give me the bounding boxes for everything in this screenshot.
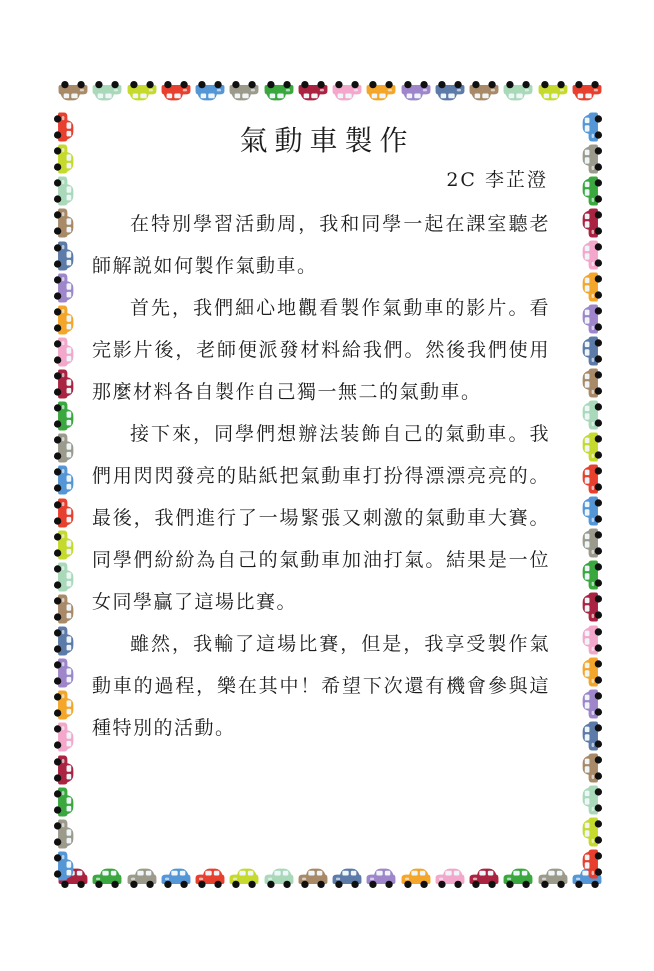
toy-car-icon — [51, 530, 77, 560]
toy-car-icon — [467, 78, 501, 104]
toy-car-icon — [570, 78, 604, 104]
toy-car-icon — [399, 78, 433, 104]
toy-car-icon — [159, 78, 193, 104]
toy-car-icon — [579, 753, 605, 783]
toy-car-icon — [51, 722, 77, 752]
toy-car-icon — [579, 721, 605, 751]
toy-car-icon — [227, 865, 261, 891]
toy-car-icon — [51, 819, 77, 849]
toy-car-icon — [193, 865, 227, 891]
toy-car-icon — [579, 336, 605, 366]
toy-car-icon — [56, 78, 90, 104]
toy-car-icon — [579, 625, 605, 655]
toy-car-icon — [579, 432, 605, 462]
toy-car-icon — [51, 465, 77, 495]
toy-car-icon — [579, 272, 605, 302]
essay-paragraph: 首先，我們細心地觀看製作氣動車的影片。看完影片後，老師便派發材料給我們。然後我們… — [92, 287, 550, 413]
toy-car-icon — [90, 865, 124, 891]
toy-car-icon — [579, 400, 605, 430]
toy-car-icon — [51, 273, 77, 303]
toy-car-icon — [193, 78, 227, 104]
toy-car-icon — [579, 240, 605, 270]
essay-paragraph: 接下來，同學們想辦法装飾自己的氣動車。我們用閃閃發亮的貼紙把氣動車打扮得漂漂亮亮… — [92, 413, 550, 623]
car-border-bottom — [56, 845, 604, 891]
toy-car-icon — [364, 865, 398, 891]
toy-car-icon — [227, 78, 261, 104]
toy-car-icon — [433, 865, 467, 891]
toy-car-icon — [467, 865, 501, 891]
toy-car-icon — [579, 368, 605, 398]
toy-car-icon — [579, 528, 605, 558]
toy-car-icon — [51, 369, 77, 399]
toy-car-icon — [125, 78, 159, 104]
toy-car-icon — [51, 755, 77, 785]
essay-paragraph: 在特別學習活動周，我和同學一起在課室聽老師解説如何製作氣動車。 — [92, 203, 550, 287]
toy-car-icon — [296, 865, 330, 891]
toy-car-icon — [51, 176, 77, 206]
toy-car-icon — [579, 464, 605, 494]
essay-title: 氣動車製作 — [0, 119, 654, 159]
toy-car-icon — [51, 401, 77, 431]
toy-car-icon — [501, 78, 535, 104]
toy-car-icon — [51, 787, 77, 817]
toy-car-icon — [579, 817, 605, 847]
toy-car-icon — [51, 690, 77, 720]
toy-car-icon — [51, 305, 77, 335]
toy-car-icon — [159, 865, 193, 891]
toy-car-icon — [399, 865, 433, 891]
essay-author: 2C 李芷澄 — [90, 165, 548, 192]
toy-car-icon — [51, 626, 77, 656]
essay-paragraph: 雖然，我輸了這場比賽，但是，我享受製作氣動車的過程，樂在其中！希望下次還有機會參… — [92, 623, 550, 749]
toy-car-icon — [262, 865, 296, 891]
car-border-top — [56, 78, 604, 110]
toy-car-icon — [536, 865, 570, 891]
toy-car-icon — [433, 78, 467, 104]
toy-car-icon — [579, 785, 605, 815]
toy-car-icon — [330, 78, 364, 104]
toy-car-icon — [296, 78, 330, 104]
toy-car-icon — [51, 851, 77, 881]
toy-car-icon — [579, 496, 605, 526]
toy-car-icon — [536, 78, 570, 104]
toy-car-icon — [579, 304, 605, 334]
toy-car-icon — [125, 865, 159, 891]
toy-car-icon — [90, 78, 124, 104]
toy-car-icon — [501, 865, 535, 891]
toy-car-icon — [579, 592, 605, 622]
toy-car-icon — [51, 562, 77, 592]
toy-car-icon — [364, 78, 398, 104]
toy-car-icon — [51, 594, 77, 624]
toy-car-icon — [579, 560, 605, 590]
toy-car-icon — [579, 208, 605, 238]
toy-car-icon — [579, 849, 605, 879]
car-border-left — [46, 112, 82, 881]
toy-car-icon — [579, 176, 605, 206]
essay-body: 在特別學習活動周，我和同學一起在課室聽老師解説如何製作氣動車。 首先，我們細心地… — [92, 203, 550, 749]
toy-car-icon — [51, 658, 77, 688]
toy-car-icon — [579, 657, 605, 687]
toy-car-icon — [262, 78, 296, 104]
toy-car-icon — [330, 865, 364, 891]
essay-page: 氣動車製作 2C 李芷澄 在特別學習活動周，我和同學一起在課室聽老師解説如何製作… — [0, 0, 654, 971]
toy-car-icon — [579, 689, 605, 719]
toy-car-icon — [51, 208, 77, 238]
toy-car-icon — [51, 337, 77, 367]
car-border-right — [574, 112, 610, 879]
toy-car-icon — [51, 241, 77, 271]
toy-car-icon — [51, 433, 77, 463]
toy-car-icon — [51, 498, 77, 528]
